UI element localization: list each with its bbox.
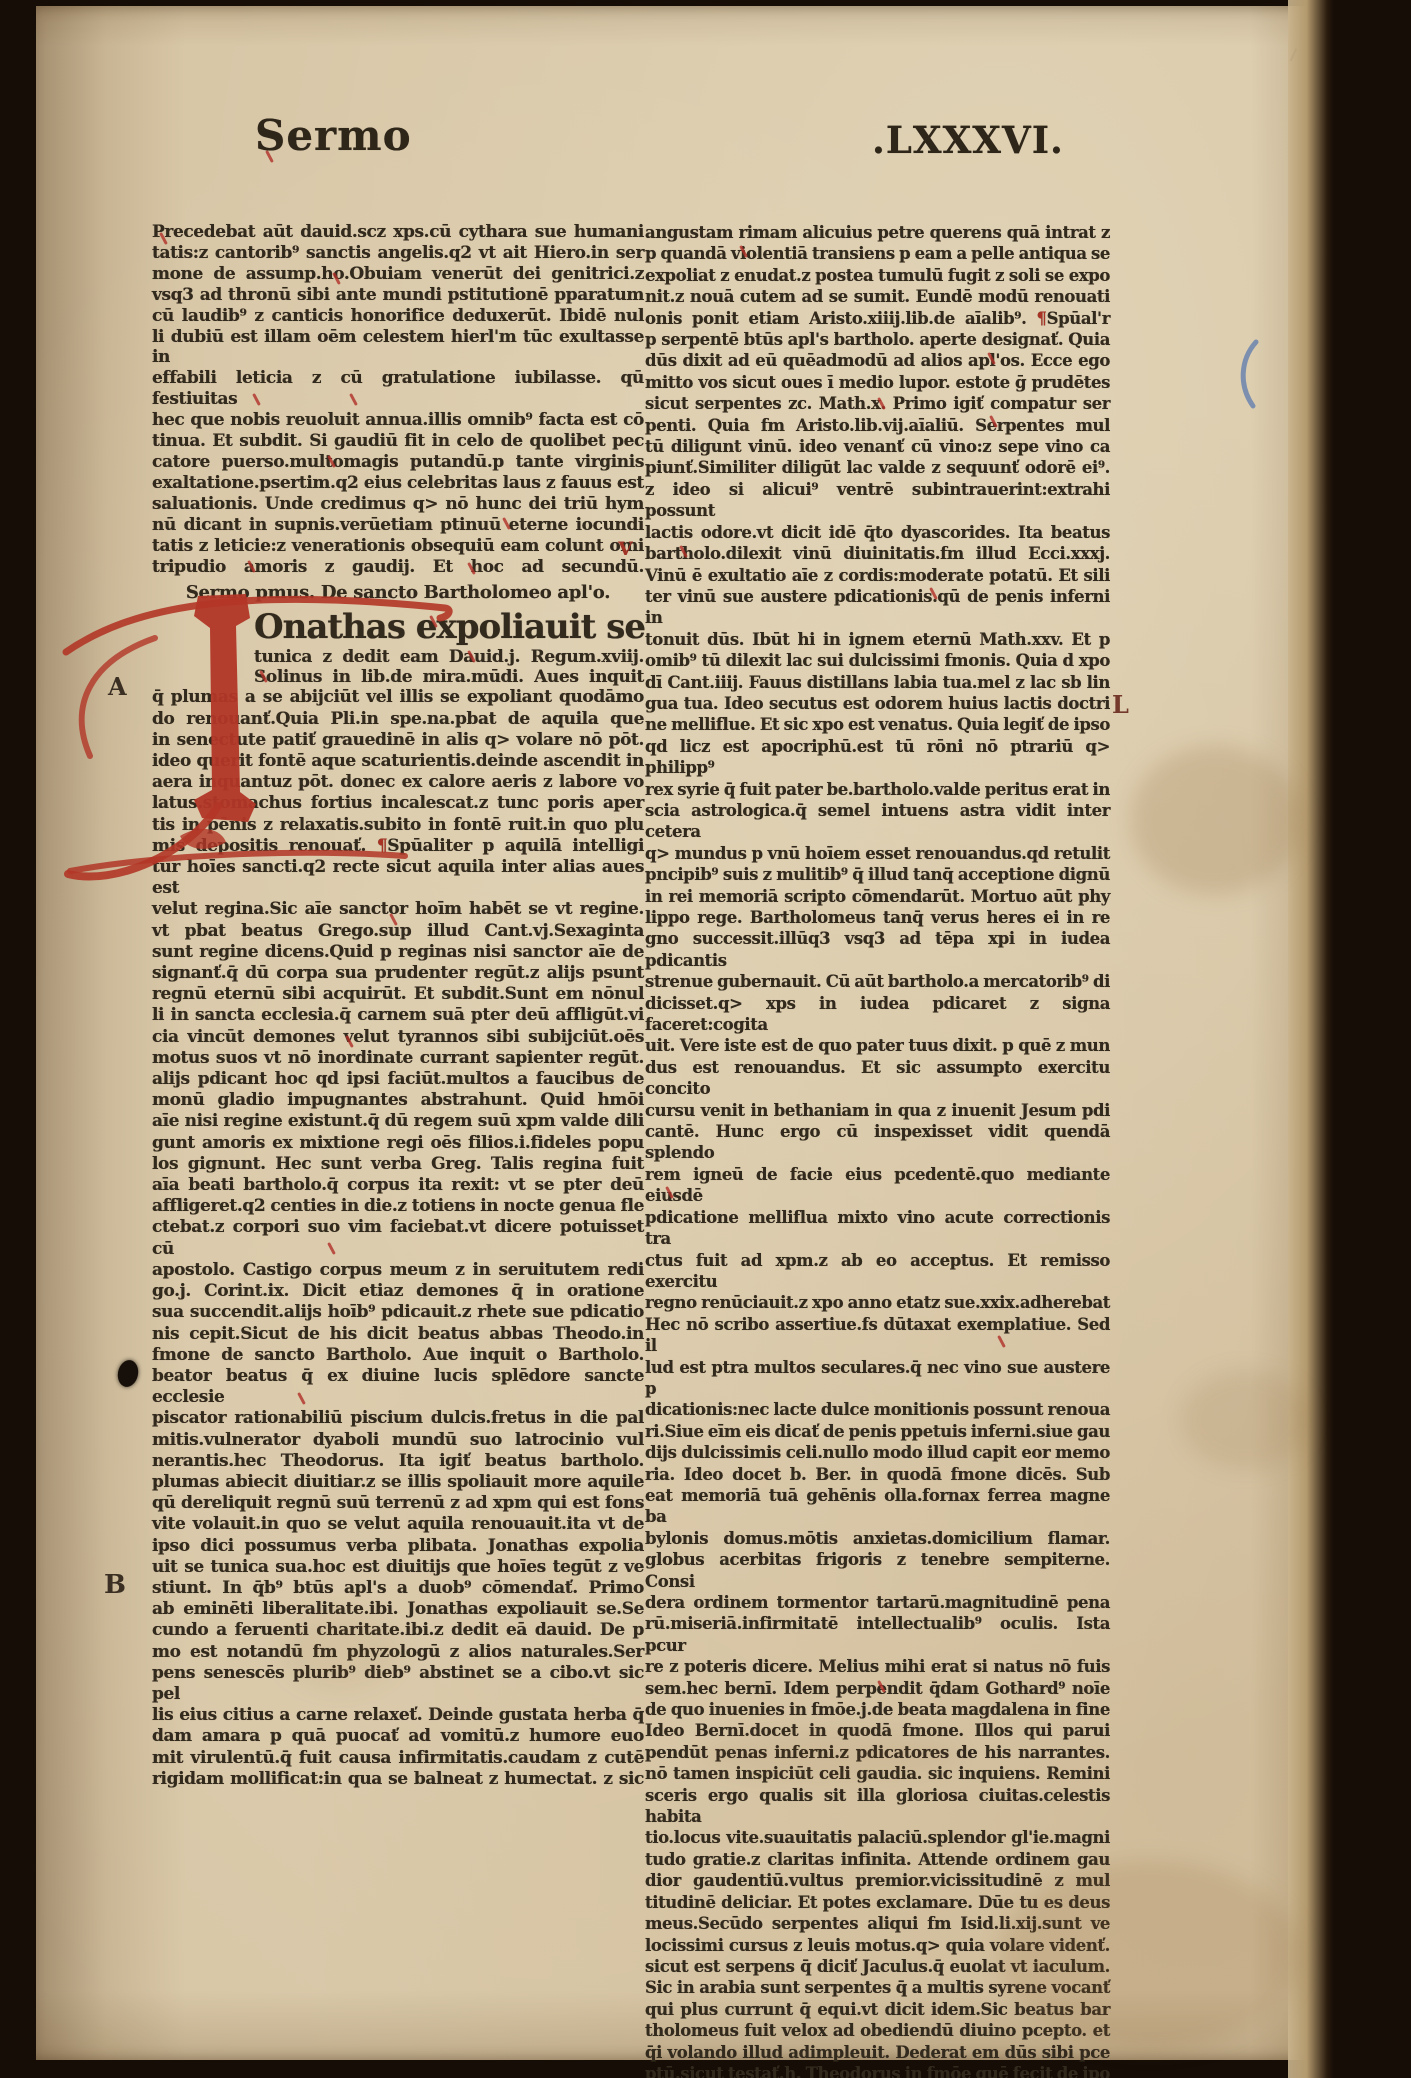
pilcrow-mark: ¶ (1037, 309, 1047, 328)
text-line: sceris ergo qualis sit illa gloriosa ciu… (645, 1785, 1110, 1828)
parchment-stain (280, 1610, 400, 1690)
text-line: cundo a feruenti charitate.ibi.z dedit e… (152, 1620, 644, 1641)
margin-letter-B: B (104, 1570, 126, 1600)
text-line: nerantis.hec Theodorus. Ita igiť beatus … (152, 1451, 644, 1472)
text-line: strenue gubernauit. Cū aūt bartholo.a me… (645, 971, 1110, 992)
text-line: lactis odore.vt dicit idē q̄to dyascorid… (645, 522, 1110, 543)
text-line: dam amara p quā puocať ad vomitū.z humor… (152, 1726, 644, 1747)
scanned-page: Sermo .LXXXVI. Precedebat aūt dauid.scz … (0, 0, 1411, 2078)
text-line: scia astrologica.q̄ semel intuens astra … (645, 800, 1110, 843)
text-line: de quo inuenies in fmōe.j.de beata magda… (645, 1699, 1110, 1720)
text-line: ctus fuit ad xpm.z ab eo acceptus. Et re… (645, 1250, 1110, 1293)
text-line: ab eminēti liberalitate.ibi. Jonathas ex… (152, 1599, 644, 1620)
text-line: tonuit dūs. Ibūt hi in ignem eternū Math… (645, 629, 1110, 650)
parchment-page: Sermo .LXXXVI. Precedebat aūt dauid.scz … (36, 6, 1320, 2060)
text-line: uit se tunica sua.hoc est diuitijs que h… (152, 1557, 644, 1578)
text-line: ne melliflue. Et sic xpo est venatus. Qu… (645, 714, 1110, 735)
text-line: regno renūciauit.z xpo anno etatz sue.xx… (645, 1292, 1110, 1313)
text-line: rem igneū de facie eius pcedentē.quo med… (645, 1164, 1110, 1207)
text-line: tinua. Et subdit. Si gaudiū fit in celo … (152, 431, 644, 452)
initial-stem (194, 594, 256, 822)
text-line: li dubiū est illam oēm celestem hierl'm … (152, 327, 644, 369)
parchment-stain (1180, 1370, 1310, 1470)
text-line: Vinū ē exultatio aīe z cordis:moderate p… (645, 565, 1110, 586)
text-line: tudo gratie.z claritas infinita. Attende… (645, 1849, 1110, 1870)
text-line: hec que nobis reuoluit annua.illis omnib… (152, 410, 644, 431)
text-line: bartholo.dilexit vinū diuinitatis.fm ill… (645, 543, 1110, 564)
text-line: pncipib⁹ suis z mulitib⁹ q̄ illud tanq̄ … (645, 864, 1110, 885)
left-column: Precedebat aūt dauid.scz xps.cū cythara … (152, 222, 644, 1790)
text-line: fmone de sancto Bartholo. Aue inquit o B… (152, 1345, 644, 1366)
text-line: piscator rationabiliū piscium dulcis.fre… (152, 1408, 644, 1429)
text-line: pens senescēs plurib⁹ dieb⁹ abstinet se … (152, 1663, 644, 1705)
text-line: saluationis. Unde credimus q> nō hunc de… (152, 494, 644, 515)
parchment-stain (700, 1730, 960, 1780)
text-line: nū dicant in supnis.verūetiam ptinuū ete… (152, 515, 644, 536)
text-line: lippo rege. Bartholomeus tanq̄ verus her… (645, 907, 1110, 928)
text-line: mitto vos sicut oues ī medio lupor. esto… (645, 372, 1110, 393)
text-line: effabili leticia z cū gratulatione iubil… (152, 368, 644, 410)
text-line: qū dereliquit regnū suū terrenū z ad xpm… (152, 1493, 644, 1514)
text-line: ter vinū sue austere pdicationis.qū de p… (645, 586, 1110, 629)
text-line: piunť.Similiter diligūt lac valde z sequ… (645, 457, 1110, 478)
text-line: dūs dixit ad eū quēadmodū ad alios apl'o… (645, 350, 1110, 371)
text-line: sua succendit.alijs hoīb⁹ pdicauit.z rhe… (152, 1302, 644, 1323)
text-line: motus suos vt nō inordinate currant sapi… (152, 1048, 644, 1069)
text-line: tatis z leticie:z venerationis obsequiū … (152, 536, 644, 557)
text-line: expoliat z enudat.z postea tumulū fugit … (645, 265, 1110, 286)
text-line: mitis.vulnerator dyaboli mundū suo latro… (152, 1430, 644, 1451)
text-line: Hec nō scribo assertiue.fs dūtaxat exemp… (645, 1314, 1110, 1357)
text-line: Precedebat aūt dauid.scz xps.cū cythara … (152, 222, 644, 243)
text-line: li in sancta ecclesia.q̄ carnem suā pter… (152, 1005, 644, 1026)
blue-ink-mark (1236, 338, 1266, 412)
paragraph-body-right: angustam rimam alicuius petre querens qu… (645, 222, 1110, 2078)
text-line: aīa beati bartholo.q̄ corpus ita rexit: … (152, 1175, 644, 1196)
paragraph-prologue: Precedebat aūt dauid.scz xps.cū cythara … (152, 222, 644, 577)
text-line: eat memoriā tuā gehēnis olla.fornax ferr… (645, 1485, 1110, 1528)
text-line: pdicatione melliflua mixto vino acute co… (645, 1207, 1110, 1250)
text-line: vite volauit.in quo se velut aquila reno… (152, 1514, 644, 1535)
text-line: dior gaudentiū.vultus premior.vicissitud… (645, 1870, 1110, 1891)
parchment-stain (1130, 745, 1300, 895)
text-line: vt pbat beatus Grego.sup illud Cant.vj.S… (152, 921, 644, 942)
text-line: ctebat.z corpori suo vim faciebat.vt dic… (152, 1217, 644, 1259)
text-line: in rei memoriā scripto cōmendarūt. Mortu… (645, 886, 1110, 907)
text-line: q̄i volando illud adimpleuit. Dederat em… (645, 2042, 1110, 2063)
text-line: ria. Ideo docet b. Ber. in quodā fmone d… (645, 1464, 1110, 1485)
text-line: dus est renouandus. Et sic assumpto exer… (645, 1057, 1110, 1100)
text-line: dicationis:nec lacte dulce monitionis po… (645, 1399, 1110, 1420)
text-line: gno successit.illūq3 vsq3 ad tēpa xpi in… (645, 928, 1110, 971)
text-line: globus acerbitas frigoris z tenebre semp… (645, 1549, 1110, 1592)
text-line: lis eius citius a carne relaxeť. Deinde … (152, 1705, 644, 1726)
text-line: mit virulentū.q̄ fuit causa infirmitatis… (152, 1748, 644, 1769)
text-line: affligeret.q2 centies in die.z totiens i… (152, 1196, 644, 1217)
text-line: p serpentē btūs apl's bartholo. aperte d… (645, 329, 1110, 350)
text-line: dī Cant.iiij. Fauus distillans labia tua… (645, 672, 1110, 693)
text-line: rigidam mollificat:in qua se balneat z h… (152, 1769, 644, 1790)
text-line: sunt regine dicens.Quid p reginas nisi s… (152, 942, 644, 963)
text-line: tio.locus vite.suauitatis palaciū.splend… (645, 1827, 1110, 1848)
right-column: angustam rimam alicuius petre querens qu… (645, 222, 1110, 2078)
text-line: omib⁹ tū dilexit lac sui dulcissimi fmon… (645, 650, 1110, 671)
text-line: vsq3 ad thronū sibi ante mundi pstitutio… (152, 285, 644, 306)
running-title: Sermo (255, 111, 412, 160)
text-line: stiunt. In q̄b⁹ btūs apl's a duob⁹ cōmen… (152, 1578, 644, 1599)
text-line: dicisset.q> xps in iudea pdicaret z sign… (645, 993, 1110, 1036)
text-line: nit.z nouā cutem ad se sumit. Eundē modū… (645, 286, 1110, 307)
text-line: cia vincūt demones velut tyrannos sibi s… (152, 1027, 644, 1048)
text-line: p quandā violentiā transiens p eam a pel… (645, 243, 1110, 264)
text-line: tholomeus fuit velox ad obediendū diuino… (645, 2020, 1110, 2041)
text-line: angustam rimam alicuius petre querens qu… (645, 222, 1110, 243)
text-line: onis ponit etiam Aristo.xiiij.lib.de aīa… (645, 308, 1110, 329)
text-line: tatis:z cantorib⁹ sanctis angelis.q2 vt … (152, 243, 644, 264)
text-line: plumas abiecit diuitiar.z se illis spoli… (152, 1472, 644, 1493)
text-line: tū diligunt vinū. ideo venanť cū vino:z … (645, 436, 1110, 457)
text-line: rū.miseriā.infirmitatē intellectualib⁹ o… (645, 1613, 1110, 1656)
text-line: nis cepit.Sicut de his dicit beatus abba… (152, 1324, 644, 1345)
text-line: cantē. Hunc ergo cū inspexisset vidit qu… (645, 1121, 1110, 1164)
text-line: q> mundus p vnū hoīem esset renouandus.q… (645, 843, 1110, 864)
text-line: go.j. Corint.ix. Dicit etiaz demones q̄ … (152, 1281, 644, 1302)
margin-letter-L: L (1112, 690, 1129, 719)
parchment-stain (1000, 1860, 1300, 2050)
text-line: regnū eternū sibi acquirūt. Et subdit.Su… (152, 984, 644, 1005)
text-line: ptū.sicut testať.h. Theodorus in fmōe qu… (645, 2063, 1110, 2078)
text-line: los gignunt. Hec sunt verba Greg. Talis … (152, 1154, 644, 1175)
text-line: alijs pdicant hoc qd ipsi faciūt.multos … (152, 1069, 644, 1090)
text-line: dera ordinem tormentor tartarū.magnitudi… (645, 1592, 1110, 1613)
text-line: qd licz est apocriphū.est tū rōni nō ptr… (645, 736, 1110, 779)
text-line: aīe nisi regine existunt.q̄ dū regem suū… (152, 1111, 644, 1132)
text-line: exaltatione.psertim.q2 eius celebritas l… (152, 473, 644, 494)
text-line: bylonis domus.mōtis anxietas.domicilium … (645, 1528, 1110, 1549)
text-line: cursu venit in bethaniam in qua z inueni… (645, 1100, 1110, 1121)
text-line: re z poteris dicere. Melius mihi erat si… (645, 1656, 1110, 1677)
text-line: beator beatus q̄ ex diuine lucis splēdor… (152, 1366, 644, 1408)
text-line: cū laudib⁹ z canticis honorifice deduxer… (152, 306, 644, 327)
text-line: mone de assump.ho.Obuiam venerūt dei gen… (152, 264, 644, 285)
text-line: monū gladio impugnantes abstrahunt. Quid… (152, 1090, 644, 1111)
text-line: uit. Vere iste est de quo pater tuus dix… (645, 1035, 1110, 1056)
text-line: ri.Siue eīm eis dicať de penis ppetuis i… (645, 1421, 1110, 1442)
text-line: apostolo. Castigo corpus meum z in serui… (152, 1260, 644, 1281)
folio-number: .LXXXVI. (872, 118, 1064, 162)
text-line: catore puerso.multomagis putandū.p tante… (152, 452, 644, 473)
text-line: dijs dulcissimis celi.nullo modo illud c… (645, 1442, 1110, 1463)
text-line: sicut serpentes zc. Math.x. Primo igiť c… (645, 393, 1110, 414)
text-line: signanť.q̄ dū corpa sua prudenter regūt.… (152, 963, 644, 984)
text-line: lud est ptra multos seculares.q̄ nec vin… (645, 1357, 1110, 1400)
text-line: ipso dici possumus verba plibata. Jonath… (152, 1536, 644, 1557)
text-line: gua tua. Ideo secutus est odorem huius l… (645, 693, 1110, 714)
text-line: penti. Quia fm Aristo.lib.vij.aīaliū. Se… (645, 415, 1110, 436)
page-edge-shadow (1288, 0, 1334, 2078)
illuminated-initial-I (60, 556, 460, 906)
margin-letter-V: V (618, 538, 633, 560)
guide-letter-A: A (108, 672, 127, 701)
text-line: z ideo si alicui⁹ ventrē subintrauerint:… (645, 479, 1110, 522)
text-line: rex syrie q̄ fuit pater be.bartholo.vald… (645, 779, 1110, 800)
text-line: gunt amoris ex mixtione regi oēs filios.… (152, 1133, 644, 1154)
